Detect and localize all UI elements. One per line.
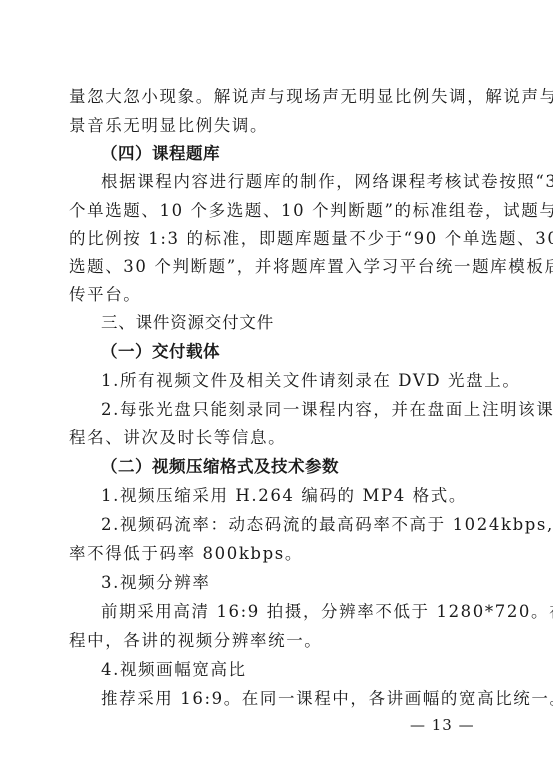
subheading-question-bank: （四）课程题库 [101,144,521,164]
body-line: 4.视频画幅宽高比 [101,660,521,680]
body-line: 1.视频压缩采用 H.264 编码的 MP4 格式。 [101,486,521,506]
body-line: 2.视频码流率：动态码流的最高码率不高于 1024kbps,最低码 [101,515,521,535]
body-line: 前期采用高清 16:9 拍摄，分辨率不低于 1280*720。在同一课 [101,602,521,622]
body-line: 个单选题、10 个多选题、10 个判断题”的标准组卷，试题与题库 [69,201,489,221]
body-line: 率不得低于码率 800kbps。 [69,544,489,564]
body-line: 传平台。 [69,285,489,305]
body-line: 3.视频分辨率 [101,573,521,593]
body-line: 推荐采用 16:9。在同一课程中，各讲画幅的宽高比统一。 [101,689,521,709]
section-heading-delivery-files: 三、课件资源交付文件 [101,313,521,333]
subheading-video-compression: （二）视频压缩格式及技术参数 [101,457,521,477]
page-number: — 13 — [410,716,475,734]
body-line: 程名、讲次及时长等信息。 [69,428,489,448]
body-line: 根据课程内容进行题库的制作，网络课程考核试卷按照“30 [101,172,521,192]
body-line: 的比例按 1:3 的标准，即题库题量不少于“90 个单选题、30 个多 [69,229,489,249]
body-line: 量忽大忽小现象。解说声与现场声无明显比例失调，解说声与背 [69,87,489,107]
document-page: 量忽大忽小现象。解说声与现场声无明显比例失调，解说声与背 景音乐无明显比例失调。… [0,0,553,783]
body-line: 选题、30 个判断题”，并将题库置入学习平台统一题库模板后上 [69,257,489,277]
body-line: 1.所有视频文件及相关文件请刻录在 DVD 光盘上。 [101,371,521,391]
body-line: 2.每张光盘只能刻录同一课程内容，并在盘面上注明该课课 [101,400,521,420]
subheading-delivery-medium: （一）交付载体 [101,342,521,362]
body-line: 程中，各讲的视频分辨率统一。 [69,631,489,651]
body-line: 景音乐无明显比例失调。 [69,116,489,136]
